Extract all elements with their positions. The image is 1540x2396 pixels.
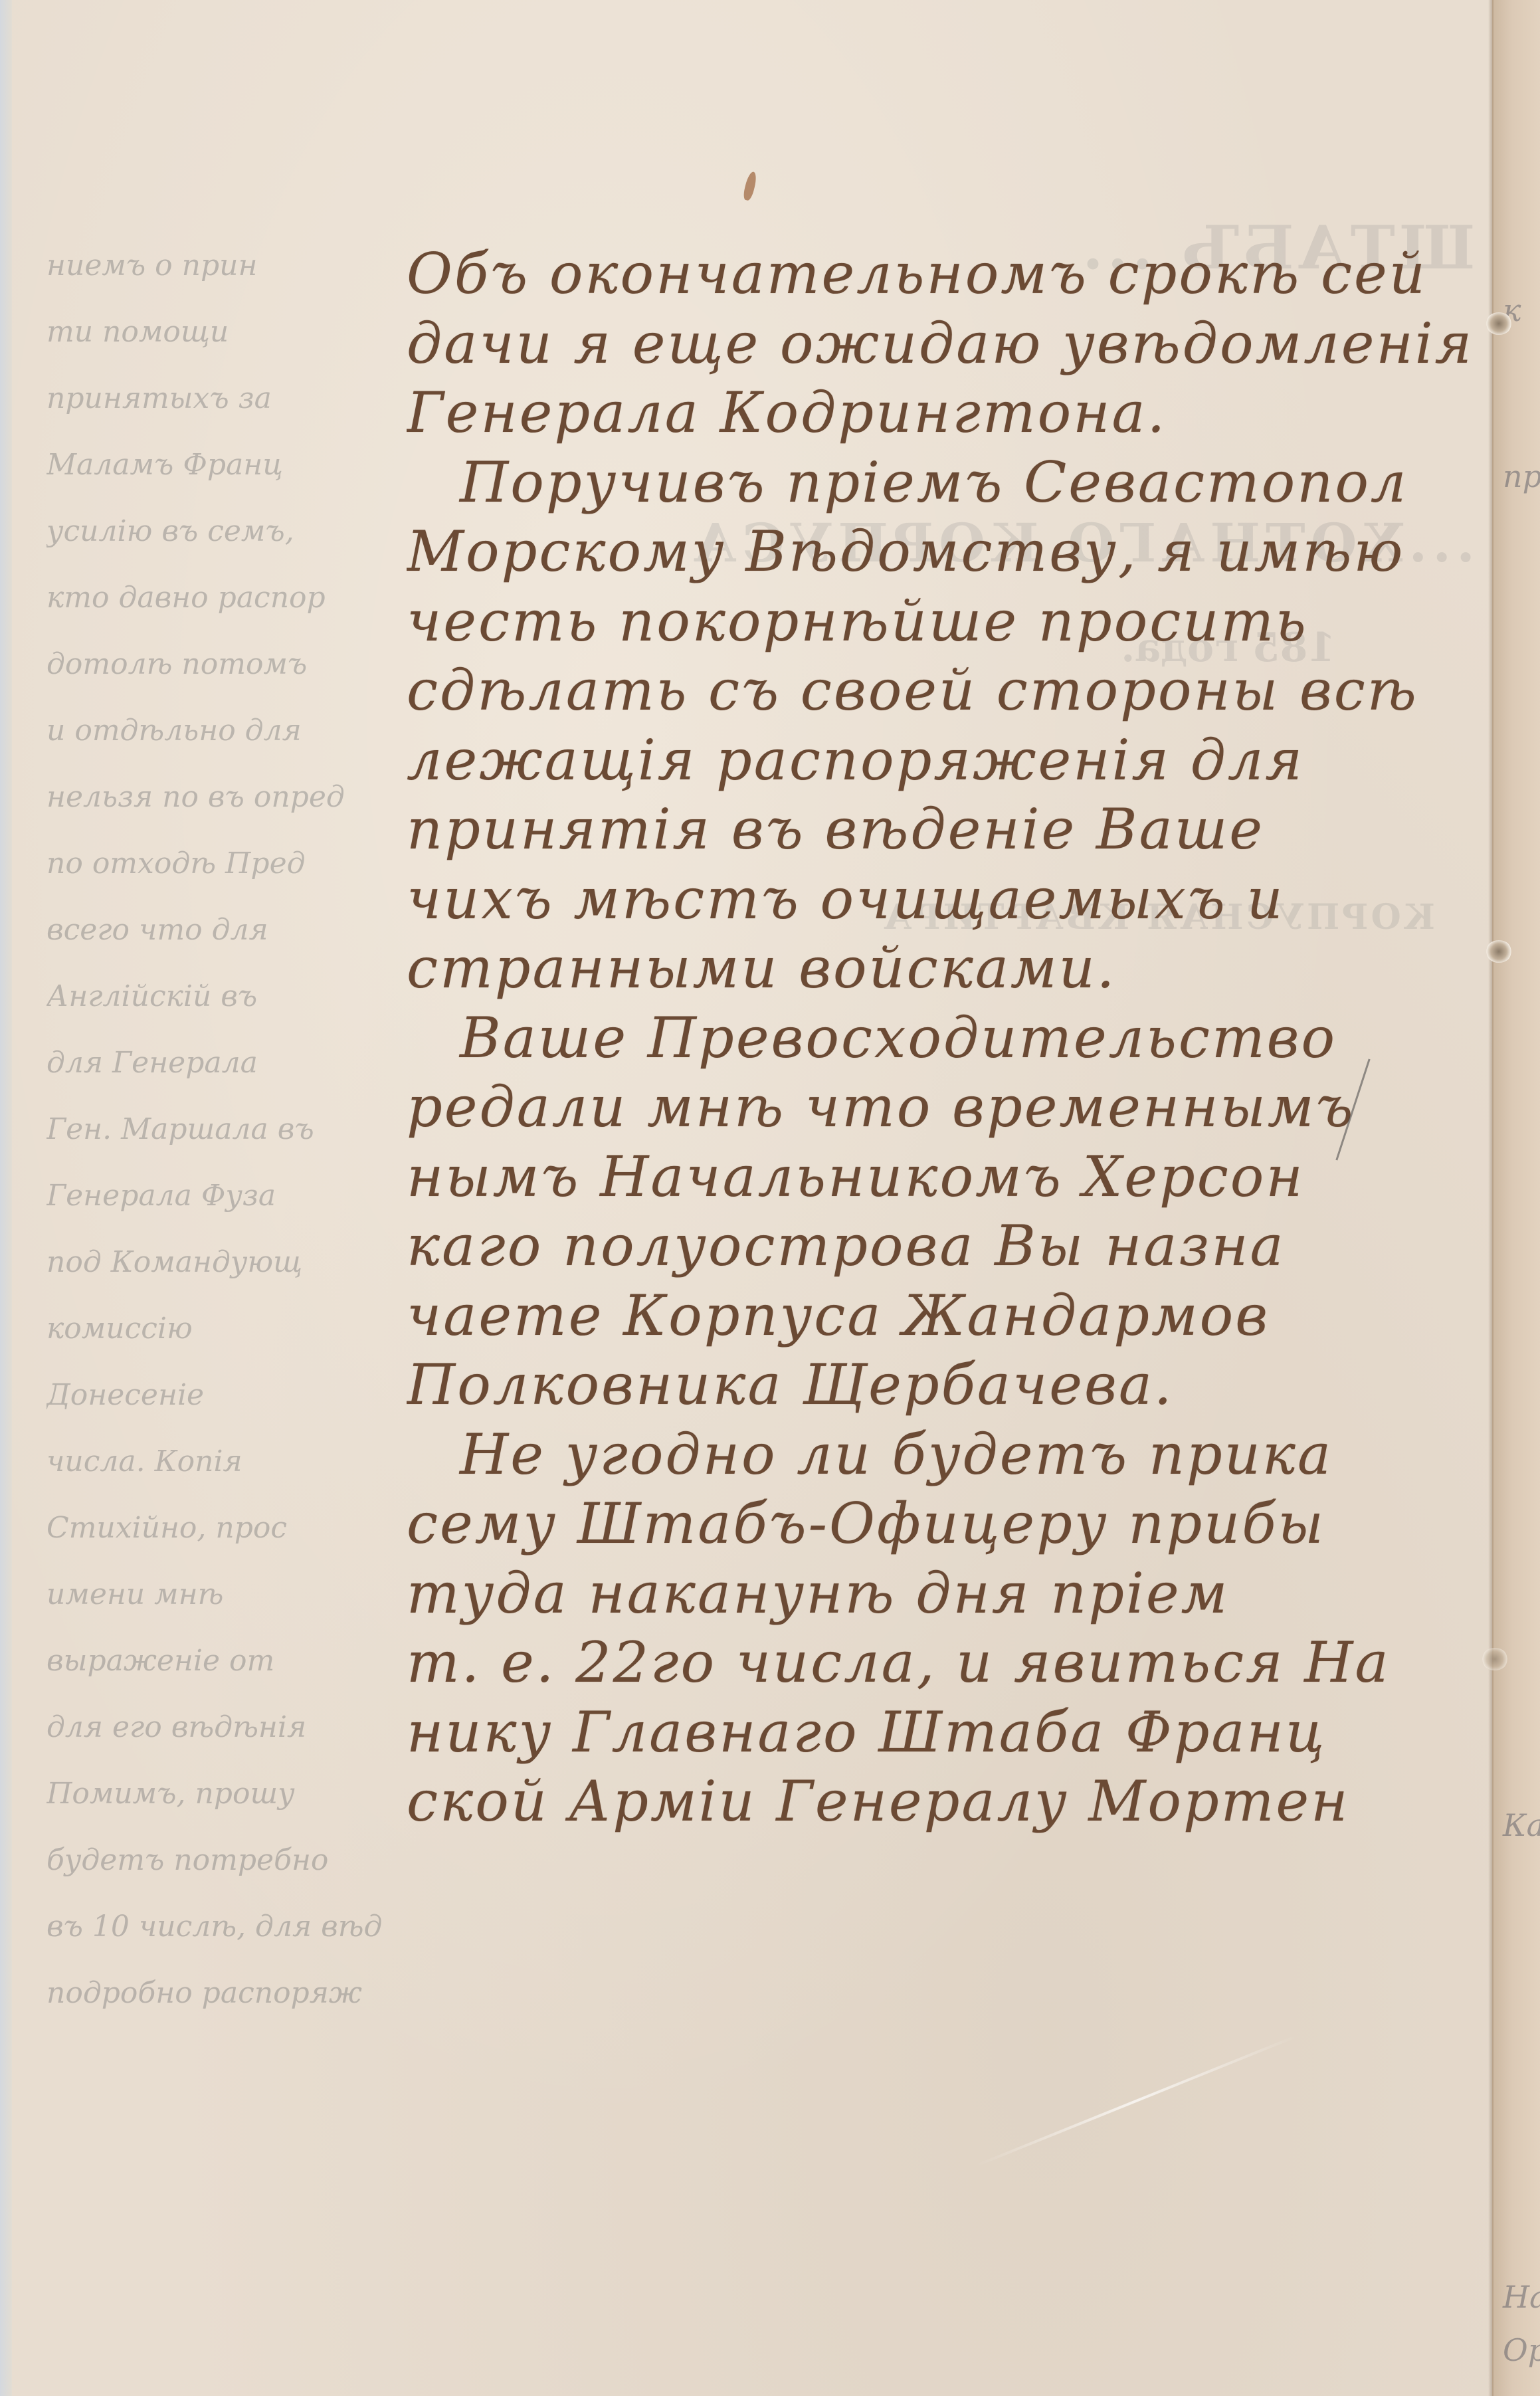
margin-note-line: и отдѣльно для xyxy=(47,698,419,764)
margin-note-line: дотолѣ потомъ xyxy=(47,631,419,698)
adjacent-page-fragment: пр xyxy=(1503,458,1540,494)
text-line: туда наканунѣ дня пріем xyxy=(407,1559,1490,1629)
margin-note-line: Помимъ, прошу xyxy=(47,1761,419,1827)
letter-body: Объ окончательномъ срокѣ сей дачи я еще … xyxy=(407,239,1490,1837)
text-line: чаете Корпуса Жандармов xyxy=(407,1281,1490,1351)
text-line: Генерала Кодрингтона. xyxy=(407,378,1490,448)
margin-note-line: Маламъ Франц xyxy=(47,432,419,498)
text-line: нику Главнаго Штаба Франц xyxy=(407,1698,1490,1767)
binding-hole xyxy=(1486,940,1512,963)
margin-note-line: выраженiе от xyxy=(47,1628,419,1694)
margin-note-line: по отходѣ Пред xyxy=(47,831,419,897)
margin-note-line: въ 10 числѣ, для вѣд xyxy=(47,1894,419,1960)
text-line: сдѣлать съ своей стороны всѣ xyxy=(407,656,1490,726)
margin-pencil-notes: ниемъ о прин ти помощи принятыхъ за Мала… xyxy=(47,233,419,2027)
margin-note-line: нельзя по въ опред xyxy=(47,764,419,831)
binding-hole xyxy=(1486,312,1512,335)
text-line: ской Арміи Генералу Мортен xyxy=(407,1767,1490,1837)
text-line: Морскому Вѣдомству, я имѣю xyxy=(407,517,1490,587)
text-line: редали мнѣ что временнымъ xyxy=(407,1072,1490,1142)
text-line: честь покорнѣйше просить xyxy=(407,587,1490,656)
text-line: каго полуострова Вы назна xyxy=(407,1211,1490,1281)
margin-note-line: Англiйскiй въ xyxy=(47,963,419,1030)
margin-note-line: под Командующ xyxy=(47,1229,419,1296)
text-line: Полковника Щербачева. xyxy=(407,1350,1490,1420)
text-line: сему Штабъ-Офицеру прибы xyxy=(407,1489,1490,1559)
margin-note-line: подробно распоряж xyxy=(47,1960,419,2027)
margin-note-line: усилiю въ семъ, xyxy=(47,498,419,565)
margin-note-line: для Генерала xyxy=(47,1030,419,1096)
text-line: странными войсками. xyxy=(407,934,1490,1003)
text-line: т. е. 22го числа, и явиться На xyxy=(407,1628,1490,1698)
adjacent-page-fragment: На xyxy=(1503,2279,1540,2315)
margin-note-line: Генерала Фуза xyxy=(47,1163,419,1229)
text-line: нымъ Начальникомъ Херсон xyxy=(407,1142,1490,1212)
margin-note-line: имени мнѣ xyxy=(47,1561,419,1628)
scan-edge-left xyxy=(0,0,12,2396)
paragraph-start-line: Ваше Превосходительство xyxy=(407,1003,1490,1073)
margin-note-line: комиссiю xyxy=(47,1296,419,1362)
margin-note-line: кто давно распор xyxy=(47,565,419,631)
text-line: принятія въ вѣденіе Ваше xyxy=(407,795,1490,864)
adjacent-page-edge: к пр Ка На Ор xyxy=(1492,0,1540,2396)
text-line: чихъ мѣстъ очищаемыхъ и xyxy=(407,864,1490,934)
text-line: дачи я еще ожидаю увѣдомленія xyxy=(407,309,1490,379)
margin-note-line: принятыхъ за xyxy=(47,365,419,432)
margin-note-line: Стихiйно, прос xyxy=(47,1495,419,1561)
margin-note-line: ниемъ о прин xyxy=(47,233,419,299)
adjacent-page-fragment: Ка xyxy=(1503,1807,1540,1843)
paragraph-start-line: Поручивъ пріемъ Севастопол xyxy=(407,448,1490,518)
margin-note-line: Ген. Маршала въ xyxy=(47,1096,419,1163)
margin-note-line: числа. Копiя xyxy=(47,1429,419,1495)
margin-note-line: для его вѣдѣнiя xyxy=(47,1694,419,1761)
binding-hole xyxy=(1482,1648,1508,1670)
margin-note-line: Донесенiе xyxy=(47,1362,419,1429)
text-line: Объ окончательномъ срокѣ сей xyxy=(407,239,1490,309)
paragraph-start-line: Не угодно ли будетъ прика xyxy=(407,1420,1490,1490)
margin-note-line: всего что для xyxy=(47,897,419,963)
adjacent-page-fragment: Ор xyxy=(1503,2332,1540,2368)
margin-note-line: будетъ потребно xyxy=(47,1827,419,1894)
text-line: лежащія распоряженія для xyxy=(407,726,1490,795)
margin-note-line: ти помощи xyxy=(47,299,419,365)
